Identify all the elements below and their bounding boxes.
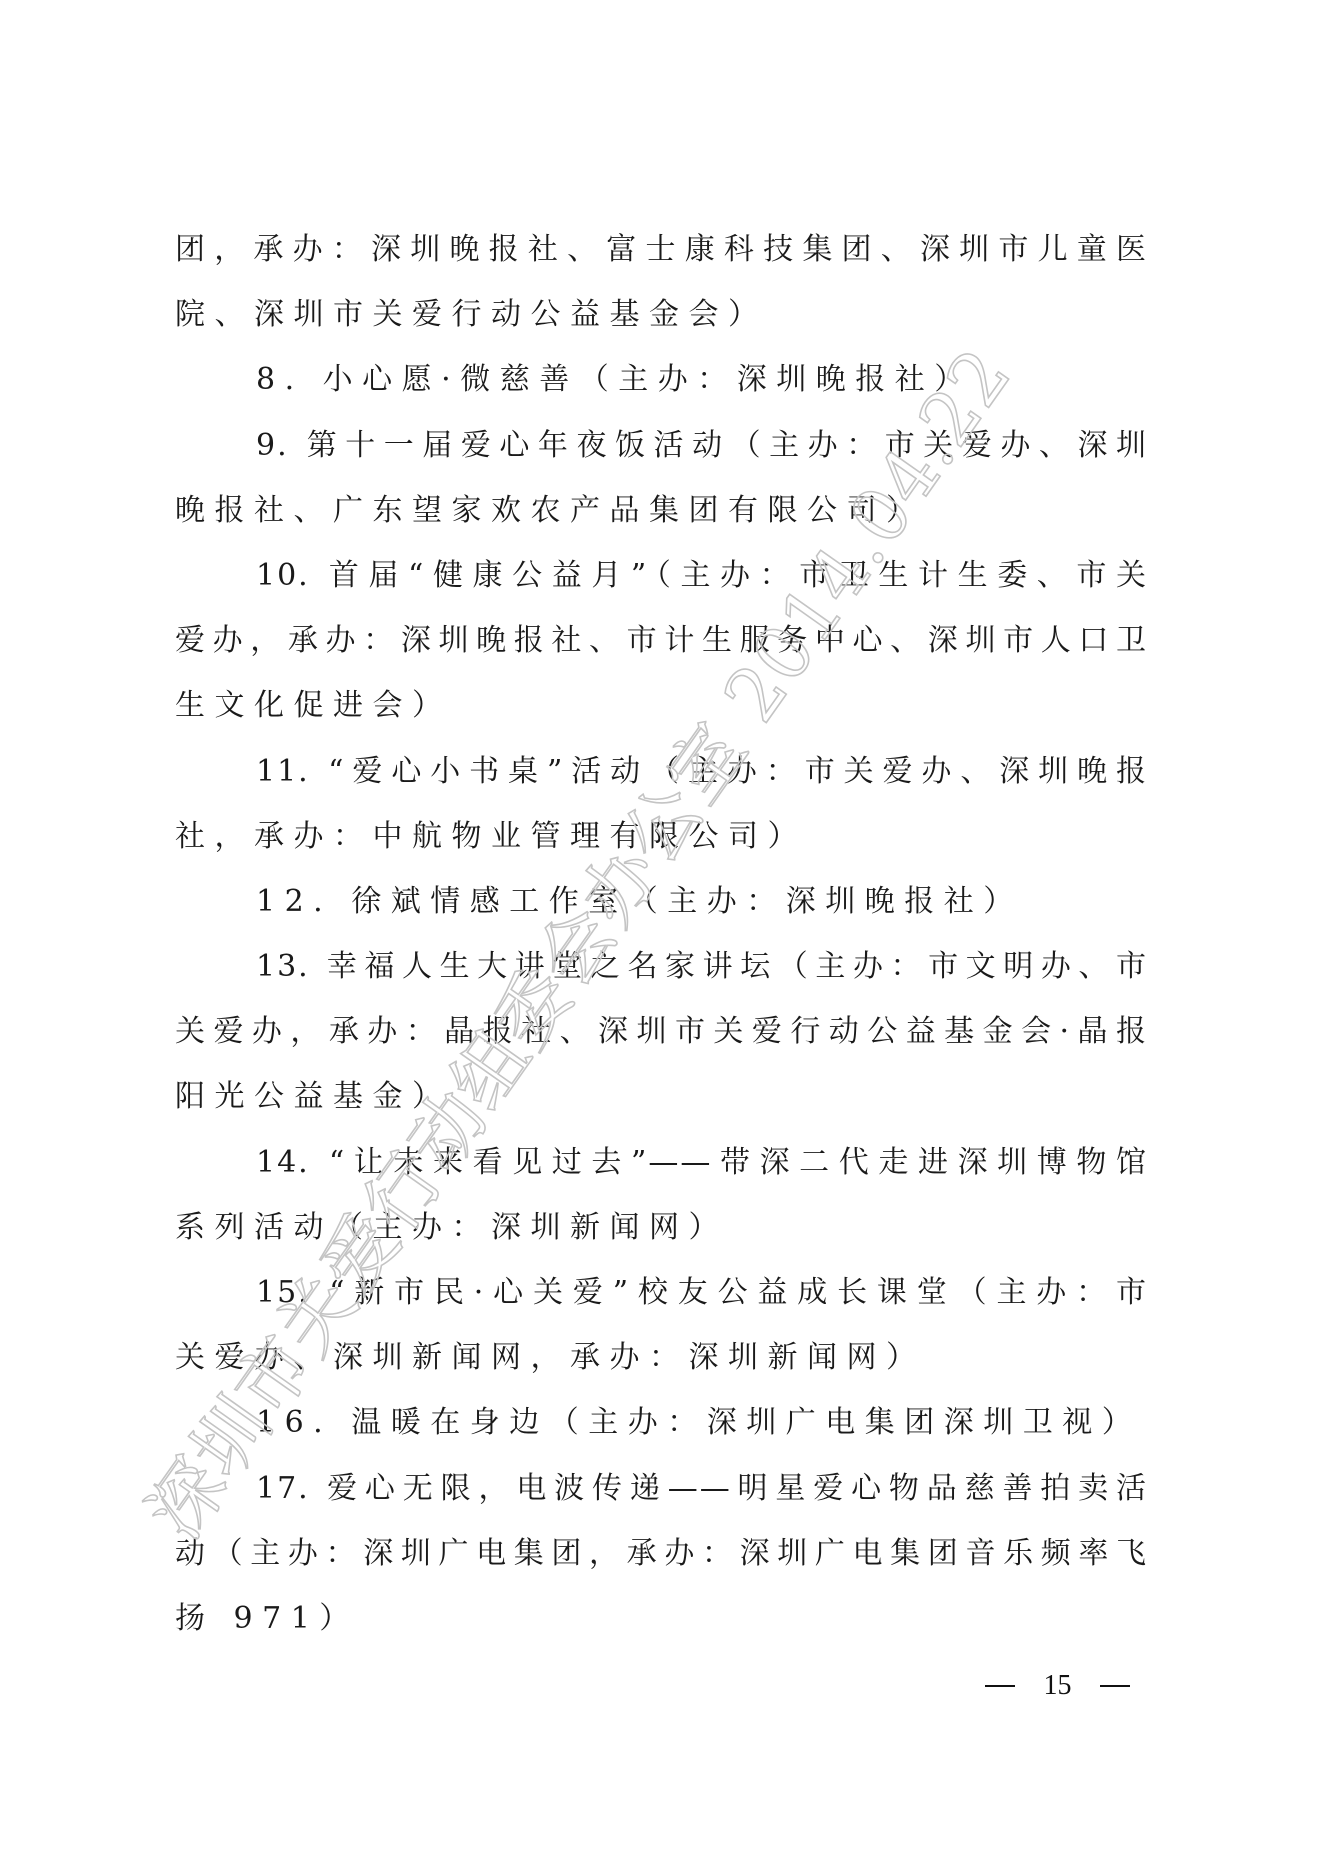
line-text: 8. 小心愿·微慈善（主办：深圳晚报社） (175, 347, 1148, 412)
list-item-14: 14. “让未来看见过去”——带深二代走进深圳博物馆 (175, 1130, 1148, 1195)
list-item-13: 13. 幸福人生大讲堂之名家讲坛（主办：市文明办、市 (175, 934, 1148, 999)
list-item-11: 11. “爱心小书桌”活动（主办：市关爱办、深圳晚报 (175, 739, 1148, 804)
list-item-17: 17. 爱心无限，电波传递——明星爱心物品慈善拍卖活 (175, 1456, 1148, 1521)
text-line: 晚报社、广东望家欢农产品集团有限公司） (175, 478, 1148, 543)
line-text: 9. 第十一届爱心年夜饭活动（主办：市关爱办、深圳 (175, 413, 1148, 478)
line-text: 13. 幸福人生大讲堂之名家讲坛（主办：市文明办、市 (175, 934, 1148, 999)
text-line: 社，承办：中航物业管理有限公司） (175, 804, 1148, 869)
line-text: 15. “新市民·心关爱”校友公益成长课堂（主办：市 (175, 1260, 1148, 1325)
page-number-value: 15 (1044, 1670, 1072, 1702)
line-text: 14. “让未来看见过去”——带深二代走进深圳博物馆 (175, 1130, 1148, 1195)
list-item-9: 9. 第十一届爱心年夜饭活动（主办：市关爱办、深圳 (175, 413, 1148, 478)
line-text: 11. “爱心小书桌”活动（主办：市关爱办、深圳晚报 (175, 739, 1148, 804)
document-page: 团，承办：深圳晚报社、富士康科技集团、深圳市儿童医 院、深圳市关爱行动公益基金会… (0, 0, 1323, 1871)
line-text: 16. 温暖在身边（主办：深圳广电集团深圳卫视） (175, 1390, 1148, 1455)
page-number-left-dash (985, 1685, 1015, 1687)
line-text: 17. 爱心无限，电波传递——明星爱心物品慈善拍卖活 (175, 1456, 1148, 1521)
text-line: 生文化促进会） (175, 673, 1148, 738)
page-number: 15 (985, 1664, 1130, 1708)
line-text: 爱办，承办：深圳晚报社、市计生服务中心、深圳市人口卫 (175, 608, 1148, 673)
list-item-15: 15. “新市民·心关爱”校友公益成长课堂（主办：市 (175, 1260, 1148, 1325)
list-item-16: 16. 温暖在身边（主办：深圳广电集团深圳卫视） (175, 1390, 1148, 1455)
line-text: 生文化促进会） (175, 673, 1148, 738)
text-line: 院、深圳市关爱行动公益基金会） (175, 282, 1148, 347)
text-line: 关爱办，承办：晶报社、深圳市关爱行动公益基金会·晶报 (175, 999, 1148, 1064)
line-text: 关爱办，承办：晶报社、深圳市关爱行动公益基金会·晶报 (175, 999, 1148, 1064)
line-text: 关爱办、深圳新闻网，承办：深圳新闻网） (175, 1325, 1148, 1390)
text-line: 扬 971） (175, 1586, 1148, 1651)
line-text: 院、深圳市关爱行动公益基金会） (175, 282, 1148, 347)
line-text: 10. 首届“健康公益月”（主办：市卫生计生委、市关 (175, 543, 1148, 608)
line-text: 扬 971） (175, 1586, 1148, 1651)
text-line: 团，承办：深圳晚报社、富士康科技集团、深圳市儿童医 (175, 217, 1148, 282)
line-text: 团，承办：深圳晚报社、富士康科技集团、深圳市儿童医 (175, 217, 1148, 282)
page-number-right-dash (1100, 1685, 1130, 1687)
text-line: 系列活动（主办：深圳新闻网） (175, 1195, 1148, 1260)
text-line: 爱办，承办：深圳晚报社、市计生服务中心、深圳市人口卫 (175, 608, 1148, 673)
line-text: 社，承办：中航物业管理有限公司） (175, 804, 1148, 869)
text-line: 阳光公益基金） (175, 1064, 1148, 1129)
list-item-8: 8. 小心愿·微慈善（主办：深圳晚报社） (175, 347, 1148, 412)
list-item-10: 10. 首届“健康公益月”（主办：市卫生计生委、市关 (175, 543, 1148, 608)
list-item-12: 12. 徐斌情感工作室（主办：深圳晚报社） (175, 869, 1148, 934)
line-text: 系列活动（主办：深圳新闻网） (175, 1195, 1148, 1260)
line-text: 12. 徐斌情感工作室（主办：深圳晚报社） (175, 869, 1148, 934)
line-text: 动（主办：深圳广电集团，承办：深圳广电集团音乐频率飞 (175, 1521, 1148, 1586)
line-text: 晚报社、广东望家欢农产品集团有限公司） (175, 478, 1148, 543)
document-body: 团，承办：深圳晚报社、富士康科技集团、深圳市儿童医 院、深圳市关爱行动公益基金会… (175, 217, 1148, 1651)
line-text: 阳光公益基金） (175, 1064, 1148, 1129)
text-line: 关爱办、深圳新闻网，承办：深圳新闻网） (175, 1325, 1148, 1390)
text-line: 动（主办：深圳广电集团，承办：深圳广电集团音乐频率飞 (175, 1521, 1148, 1586)
